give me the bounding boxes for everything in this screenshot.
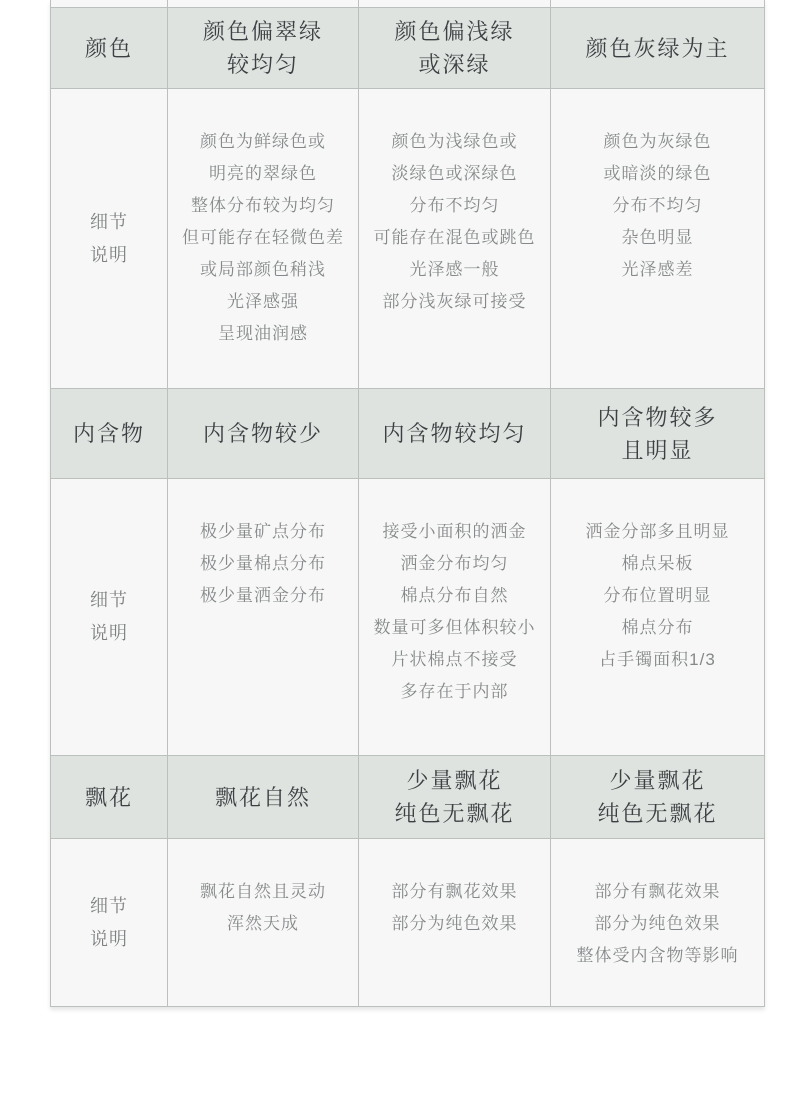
stub-cell <box>359 0 551 8</box>
cell-float-detail-label: 细节 说明 <box>51 839 168 1007</box>
cell-color-detail-a: 颜色为鲜绿色或 明亮的翠绿色 整体分布较为均匀 但可能存在轻微色差 或局部颜色稍… <box>168 89 359 389</box>
cell-float-grade-a: 飘花自然 <box>168 756 359 839</box>
cell-attr-color: 颜色 <box>51 8 168 89</box>
cell-inclusion-grade-a: 内含物较少 <box>168 389 359 479</box>
cell-color-grade-a: 颜色偏翠绿 较均匀 <box>168 8 359 89</box>
cell-attr-float: 飘花 <box>51 756 168 839</box>
grading-table: 颜色 颜色偏翠绿 较均匀 颜色偏浅绿 或深绿 颜色灰绿为主 细节 说明 颜色为鲜… <box>50 0 765 1007</box>
cell-color-grade-b: 颜色偏浅绿 或深绿 <box>359 8 551 89</box>
table-row-inclusion-header: 内含物 内含物较少 内含物较均匀 内含物较多 且明显 <box>51 389 764 479</box>
cell-inclusion-detail-label: 细节 说明 <box>51 479 168 756</box>
cell-inclusion-detail-c: 洒金分部多且明显 棉点呆板 分布位置明显 棉点分布 占手镯面积1/3 <box>551 479 764 756</box>
table-row-color-header: 颜色 颜色偏翠绿 较均匀 颜色偏浅绿 或深绿 颜色灰绿为主 <box>51 8 764 89</box>
stub-cell <box>168 0 359 8</box>
cell-inclusion-grade-c: 内含物较多 且明显 <box>551 389 764 479</box>
cell-float-detail-b: 部分有飘花效果 部分为纯色效果 <box>359 839 551 1007</box>
cell-color-detail-label: 细节 说明 <box>51 89 168 389</box>
cell-inclusion-detail-b: 接受小面积的洒金 洒金分布均匀 棉点分布自然 数量可多但体积较小 片状棉点不接受… <box>359 479 551 756</box>
cell-inclusion-detail-a: 极少量矿点分布 极少量棉点分布 极少量洒金分布 <box>168 479 359 756</box>
cell-float-grade-c: 少量飘花 纯色无飘花 <box>551 756 764 839</box>
cell-attr-inclusion: 内含物 <box>51 389 168 479</box>
table-row-top-stub <box>51 0 764 8</box>
cell-float-detail-c: 部分有飘花效果 部分为纯色效果 整体受内含物等影响 <box>551 839 764 1007</box>
cell-inclusion-grade-b: 内含物较均匀 <box>359 389 551 479</box>
stub-cell <box>551 0 764 8</box>
cell-float-detail-a: 飘花自然且灵动 浑然天成 <box>168 839 359 1007</box>
table-row-float-header: 飘花 飘花自然 少量飘花 纯色无飘花 少量飘花 纯色无飘花 <box>51 756 764 839</box>
stub-cell <box>51 0 168 8</box>
jade-grading-table-page: 颜色 颜色偏翠绿 较均匀 颜色偏浅绿 或深绿 颜色灰绿为主 细节 说明 颜色为鲜… <box>0 0 790 1108</box>
cell-color-grade-c: 颜色灰绿为主 <box>551 8 764 89</box>
table-row-float-detail: 细节 说明 飘花自然且灵动 浑然天成 部分有飘花效果 部分为纯色效果 部分有飘花… <box>51 839 764 1007</box>
cell-float-grade-b: 少量飘花 纯色无飘花 <box>359 756 551 839</box>
cell-color-detail-b: 颜色为浅绿色或 淡绿色或深绿色 分布不均匀 可能存在混色或跳色 光泽感一般 部分… <box>359 89 551 389</box>
cell-color-detail-c: 颜色为灰绿色 或暗淡的绿色 分布不均匀 杂色明显 光泽感差 <box>551 89 764 389</box>
table-row-inclusion-detail: 细节 说明 极少量矿点分布 极少量棉点分布 极少量洒金分布 接受小面积的洒金 洒… <box>51 479 764 756</box>
table-row-color-detail: 细节 说明 颜色为鲜绿色或 明亮的翠绿色 整体分布较为均匀 但可能存在轻微色差 … <box>51 89 764 389</box>
